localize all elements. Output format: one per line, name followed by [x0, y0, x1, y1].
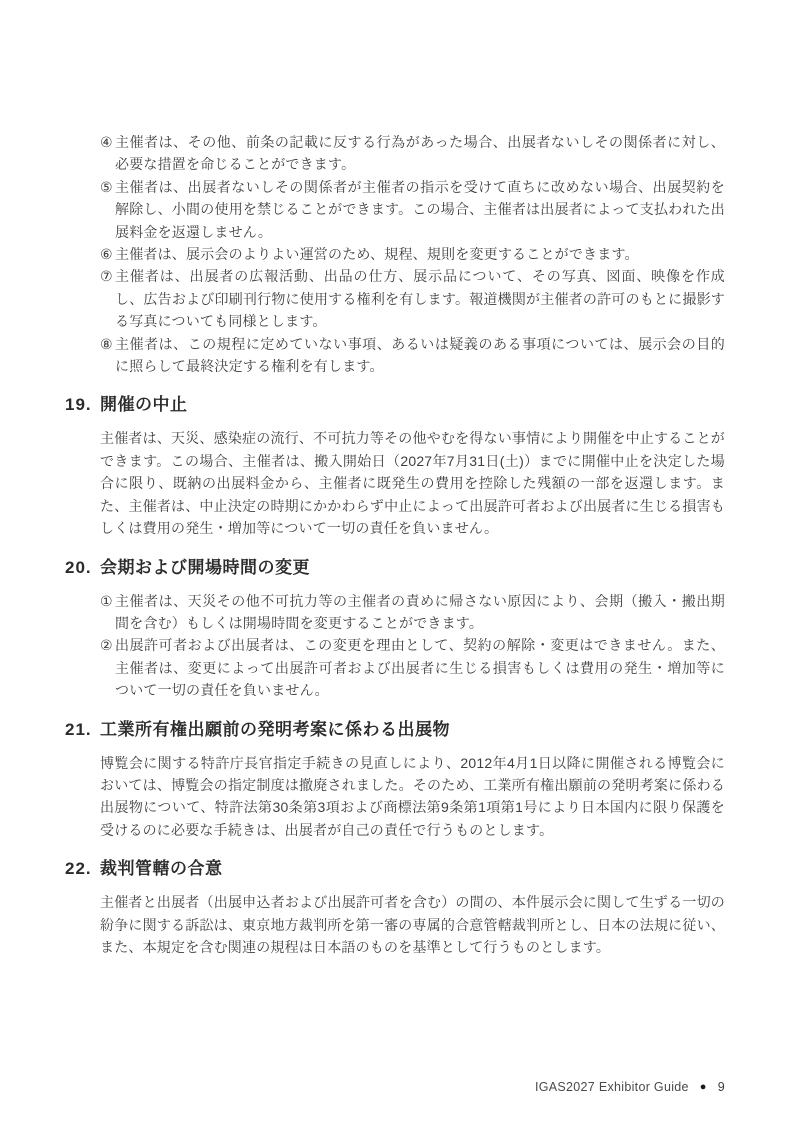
section-number: 20. — [65, 557, 100, 578]
footer-bullet-icon: ● — [700, 1082, 707, 1093]
clause-item-4: ④ 主催者は、その他、前条の記載に反する行為があった場合、出展者ないしその関係者… — [100, 131, 725, 176]
sub-clause-1: ① 主催者は、天災その他不可抗力等の主催者の責めに帰さない原因により、会期（搬入… — [100, 590, 725, 635]
section-title: 裁判管轄の合意 — [100, 858, 725, 879]
sub-clause-2: ② 出展許可者および出展者は、この変更を理由として、契約の解除・変更はできません… — [100, 634, 725, 701]
paragraph: 博覧会に関する特許庁長官指定手続きの見直しにより、2012年4月1日以降に開催さ… — [100, 752, 725, 842]
section-number: 21. — [65, 719, 100, 740]
clause-marker: ① — [100, 590, 115, 635]
page-footer: IGAS2027 Exhibitor Guide ● 9 — [535, 1080, 725, 1094]
clause-marker: ⑤ — [100, 176, 115, 243]
clause-marker: ⑥ — [100, 243, 115, 265]
clause-text: 主催者は、天災その他不可抗力等の主催者の責めに帰さない原因により、会期（搬入・搬… — [115, 590, 725, 635]
clause-marker: ② — [100, 634, 115, 701]
section-19-cancellation: 19. 開催の中止 主催者は、天災、感染症の流行、不可抗力等その他やむを得ない事… — [65, 394, 725, 539]
clause-item-7: ⑦ 主催者は、出展者の広報活動、出品の仕方、展示品について、その写真、図面、映像… — [100, 265, 725, 332]
section-21-industrial-property: 21. 工業所有権出願前の発明考案に係わる出展物 博覧会に関する特許庁長官指定手… — [65, 719, 725, 842]
section-body: ① 主催者は、天災その他不可抗力等の主催者の責めに帰さない原因により、会期（搬入… — [100, 590, 725, 702]
paragraph: 主催者と出展者（出展申込者および出展許可者を含む）の間の、本件展示会に関して生ず… — [100, 891, 725, 958]
clause-text: 主催者は、その他、前条の記載に反する行為があった場合、出展者ないしその関係者に対… — [115, 131, 725, 176]
section-heading: 22. 裁判管轄の合意 — [65, 858, 725, 879]
section-number: 19. — [65, 394, 100, 415]
section-heading: 20. 会期および開場時間の変更 — [65, 557, 725, 578]
section-heading: 19. 開催の中止 — [65, 394, 725, 415]
clause-list: ④ 主催者は、その他、前条の記載に反する行為があった場合、出展者ないしその関係者… — [100, 131, 725, 377]
section-title: 工業所有権出願前の発明考案に係わる出展物 — [100, 719, 725, 740]
clause-text: 主催者は、出展者ないしその関係者が主催者の指示を受けて直ちに改めない場合、出展契… — [115, 176, 725, 243]
section-heading: 21. 工業所有権出願前の発明考案に係わる出展物 — [65, 719, 725, 740]
section-title: 会期および開場時間の変更 — [100, 557, 725, 578]
section-20-schedule-change: 20. 会期および開場時間の変更 ① 主催者は、天災その他不可抗力等の主催者の責… — [65, 557, 725, 702]
clause-marker: ④ — [100, 131, 115, 176]
clause-item-5: ⑤ 主催者は、出展者ないしその関係者が主催者の指示を受けて直ちに改めない場合、出… — [100, 176, 725, 243]
clause-item-8: ⑧ 主催者は、この規程に定めていない事項、あるいは疑義のある事項については、展示… — [100, 333, 725, 378]
page-number: 9 — [718, 1080, 725, 1094]
clause-item-6: ⑥ 主催者は、展示会のよりよい運営のため、規程、規則を変更することができます。 — [100, 243, 725, 265]
clause-text: 主催者は、この規程に定めていない事項、あるいは疑義のある事項については、展示会の… — [115, 333, 725, 378]
clause-text: 出展許可者および出展者は、この変更を理由として、契約の解除・変更はできません。ま… — [115, 634, 725, 701]
clause-marker: ⑧ — [100, 333, 115, 378]
clause-marker: ⑦ — [100, 265, 115, 332]
document-page: ④ 主催者は、その他、前条の記載に反する行為があった場合、出展者ないしその関係者… — [0, 0, 789, 1121]
section-body: 博覧会に関する特許庁長官指定手続きの見直しにより、2012年4月1日以降に開催さ… — [100, 752, 725, 842]
paragraph: 主催者は、天災、感染症の流行、不可抗力等その他やむを得ない事情により開催を中止す… — [100, 427, 725, 539]
section-number: 22. — [65, 858, 100, 879]
footer-guide-label: IGAS2027 Exhibitor Guide — [535, 1080, 689, 1094]
section-body: 主催者と出展者（出展申込者および出展許可者を含む）の間の、本件展示会に関して生ず… — [100, 891, 725, 958]
clause-text: 主催者は、出展者の広報活動、出品の仕方、展示品について、その写真、図面、映像を作… — [115, 265, 725, 332]
section-title: 開催の中止 — [100, 394, 725, 415]
section-body: 主催者は、天災、感染症の流行、不可抗力等その他やむを得ない事情により開催を中止す… — [100, 427, 725, 539]
section-22-jurisdiction: 22. 裁判管轄の合意 主催者と出展者（出展申込者および出展許可者を含む）の間の… — [65, 858, 725, 958]
clause-text: 主催者は、展示会のよりよい運営のため、規程、規則を変更することができます。 — [115, 243, 725, 265]
